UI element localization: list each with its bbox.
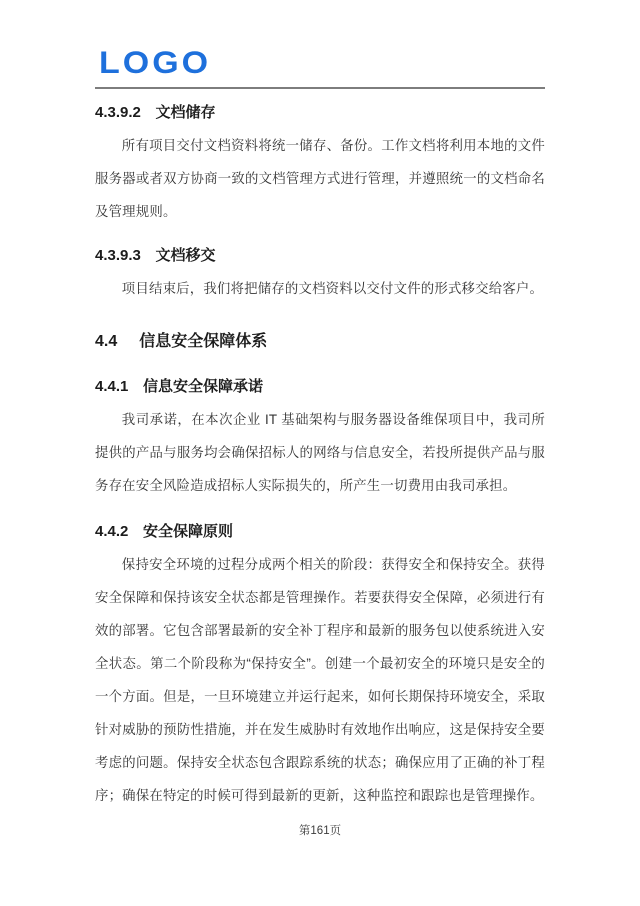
heading-title: 安全保障原则: [143, 523, 233, 540]
heading-title: 文档储存: [156, 104, 216, 121]
page-header: LOGO: [95, 50, 545, 89]
paragraph-document-storage: 所有项目交付文档资料将统一储存、备份。工作文档将利用本地的文件服务器或者双方协商…: [95, 129, 545, 228]
paragraph-document-handover: 项目结束后，我们将把储存的文档资料以交付文件的形式移交给客户。: [95, 272, 545, 305]
paragraph-security-commitment: 我司承诺，在本次企业 IT 基础架构与服务器设备维保项目中，我司所提供的产品与服…: [95, 403, 545, 502]
header-divider: [95, 87, 545, 89]
heading-number: 4.4: [95, 333, 117, 350]
heading-title: 信息安全保障承诺: [143, 378, 263, 395]
company-logo: LOGO: [99, 50, 211, 76]
page-number: 第161页: [0, 822, 640, 838]
heading-number: 4.4.2: [95, 523, 128, 540]
document-page: LOGO 4.3.9.2 文档储存 所有项目交付文档资料将统一储存、备份。工作文…: [0, 0, 640, 906]
heading-4-4-1: 4.4.1 信息安全保障承诺: [95, 377, 545, 397]
heading-title: 信息安全保障体系: [139, 333, 267, 350]
heading-4-3-9-3: 4.3.9.3 文档移交: [95, 246, 545, 266]
heading-4-4: 4.4 信息安全保障体系: [95, 331, 545, 353]
heading-title: 文档移交: [156, 247, 216, 264]
heading-number: 4.3.9.3: [95, 247, 141, 264]
paragraph-security-principles: 保持安全环境的过程分成两个相关的阶段：获得安全和保持安全。获得安全保障和保持该安…: [95, 548, 545, 812]
heading-number: 4.3.9.2: [95, 104, 141, 121]
page-content: LOGO 4.3.9.2 文档储存 所有项目交付文档资料将统一储存、备份。工作文…: [0, 0, 640, 812]
heading-number: 4.4.1: [95, 378, 128, 395]
heading-4-3-9-2: 4.3.9.2 文档储存: [95, 103, 545, 123]
heading-4-4-2: 4.4.2 安全保障原则: [95, 522, 545, 542]
